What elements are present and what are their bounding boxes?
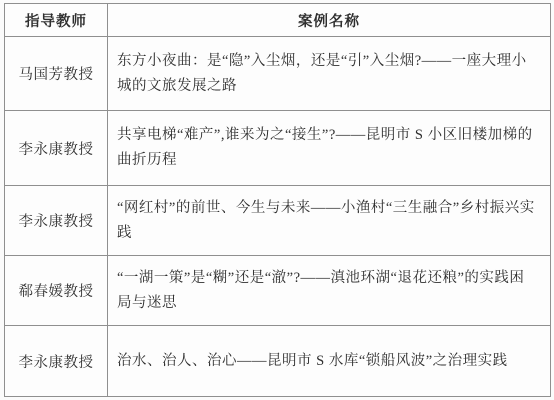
teacher-column-header: 指导教师 xyxy=(5,4,108,37)
table-row: 李永康教授 “网红村”的前世、今生与未来——小渔村“三生融合”乡村振兴实践 xyxy=(5,186,551,256)
teacher-cell: 李永康教授 xyxy=(5,111,108,186)
table-row: 李永康教授 治水、治人、治心——昆明市 S 水库“锁船风波”之治理实践 xyxy=(5,326,551,397)
teacher-cell: 郗春媛教授 xyxy=(5,256,108,326)
case-column-header: 案例名称 xyxy=(108,4,551,37)
table-row: 郗春媛教授 “一湖一策”是“糊”还是“澈”?——滇池环湖“退花还粮”的实践困局与… xyxy=(5,256,551,326)
header-row: 指导教师 案例名称 xyxy=(5,4,551,37)
case-cell: 治水、治人、治心——昆明市 S 水库“锁船风波”之治理实践 xyxy=(108,326,551,397)
case-cell: “一湖一策”是“糊”还是“澈”?——滇池环湖“退花还粮”的实践困局与迷思 xyxy=(108,256,551,326)
teacher-cell: 李永康教授 xyxy=(5,326,108,397)
teacher-cell: 李永康教授 xyxy=(5,186,108,256)
teacher-cell: 马国芳教授 xyxy=(5,37,108,111)
case-cell: 东方小夜曲：是“隐”入尘烟，还是“引”入尘烟?——一座大理小城的文旅发展之路 xyxy=(108,37,551,111)
cases-table: 指导教师 案例名称 马国芳教授 东方小夜曲：是“隐”入尘烟，还是“引”入尘烟?—… xyxy=(4,3,551,397)
table-row: 马国芳教授 东方小夜曲：是“隐”入尘烟，还是“引”入尘烟?——一座大理小城的文旅… xyxy=(5,37,551,111)
case-cell: 共享电梯“难产”,谁来为之“接生”?——昆明市 S 小区旧楼加梯的曲折历程 xyxy=(108,111,551,186)
case-cell: “网红村”的前世、今生与未来——小渔村“三生融合”乡村振兴实践 xyxy=(108,186,551,256)
table-row: 李永康教授 共享电梯“难产”,谁来为之“接生”?——昆明市 S 小区旧楼加梯的曲… xyxy=(5,111,551,186)
